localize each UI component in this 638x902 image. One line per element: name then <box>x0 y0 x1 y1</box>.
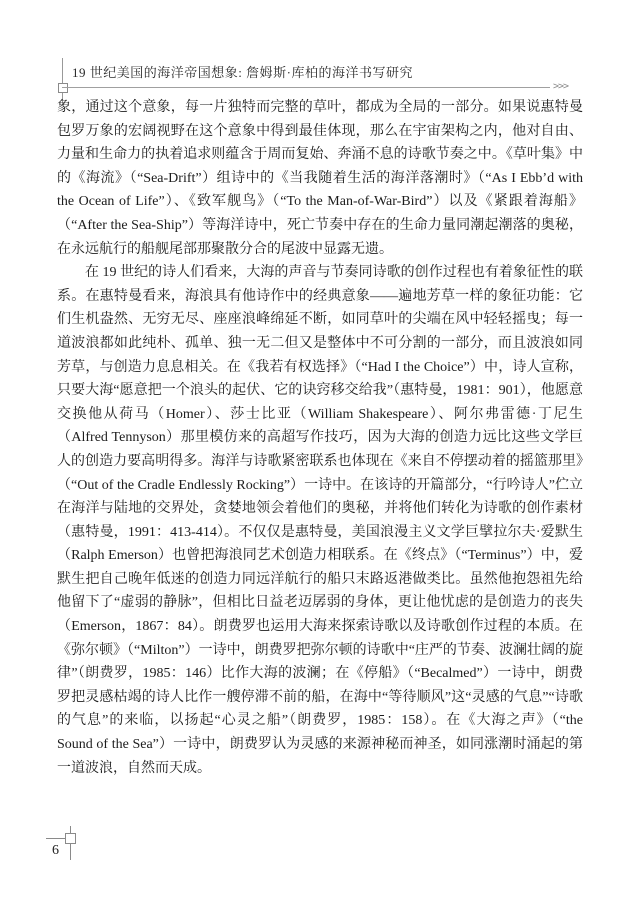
paragraph: 在 19 世纪的诗人们看来，大海的声音与节奏同诗歌的创作过程也有着象征性的联系。… <box>57 261 583 780</box>
page-body-text: 象，通过这个意象，每一片独特而完整的草叶，都成为全局的一部分。如果说惠特曼包罗万… <box>57 96 583 780</box>
running-header-title: 19 世纪美国的海洋帝国想象: 詹姆斯·库柏的海洋书写研究 <box>72 62 413 81</box>
page-number: 6 <box>52 843 59 859</box>
paragraph-continuation: 象，通过这个意象，每一片独特而完整的草叶，都成为全局的一部分。如果说惠特曼包罗万… <box>57 96 583 261</box>
footer-horizontal-line <box>46 838 67 839</box>
chevrons-icon: >>> <box>553 81 568 92</box>
header-rule <box>62 87 550 88</box>
header-square-ornament <box>58 83 68 93</box>
book-page: 19 世纪美国的海洋帝国想象: 詹姆斯·库柏的海洋书写研究 >>> 象，通过这个… <box>0 0 638 902</box>
footer-square-ornament <box>65 833 76 844</box>
